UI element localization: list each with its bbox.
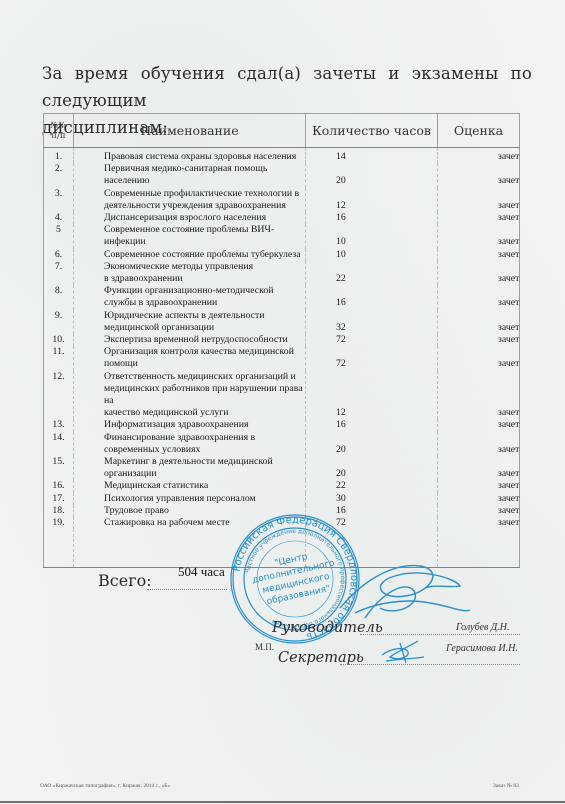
row-number: 8.: [44, 285, 74, 309]
row-number: 15.: [44, 456, 74, 480]
discipline-name: Юридические аспекты в деятельностимедици…: [74, 310, 306, 334]
hours-value: 16: [306, 419, 438, 431]
discipline-name-line: Первичная медико-санитарная помощь насел…: [104, 163, 305, 187]
discipline-name-line: Психология управления персоналом: [104, 493, 305, 505]
table-row: 6.Современное состояние проблемы туберку…: [44, 249, 520, 261]
row-number: 3.: [44, 188, 74, 212]
discipline-name: Организация контроля качества медицинско…: [74, 346, 306, 370]
row-number: 18.: [44, 505, 74, 517]
discipline-name-line: современных условиях: [104, 444, 305, 456]
discipline-name: Финансирование здравоохранения всовремен…: [74, 432, 306, 456]
hours-value: 10: [306, 224, 438, 248]
discipline-name-line: Организация контроля качества медицинско…: [104, 346, 305, 370]
discipline-name: Маркетинг в деятельности медицинской орг…: [74, 456, 306, 480]
row-number: 1.: [44, 148, 74, 164]
table-row: 3.Современные профилактические технологи…: [44, 188, 520, 212]
discipline-name-line: качество медицинской услуги: [104, 407, 305, 419]
row-number: 16.: [44, 480, 74, 492]
table-row: 13.Информатизация здравоохранения16зачет: [44, 419, 520, 431]
table-row: 15.Маркетинг в деятельности медицинской …: [44, 456, 520, 480]
grade-value: зачет: [438, 285, 520, 309]
table-row: 1.Правовая система охраны здоровья насел…: [44, 148, 520, 164]
discipline-name-line: Ответственность медицинских организаций …: [104, 371, 305, 383]
discipline-name: Диспансеризация взрослого населения: [74, 212, 306, 224]
table-row: 14.Финансирование здравоохранения всовре…: [44, 432, 520, 456]
hours-value: 14: [306, 148, 438, 164]
discipline-name-line: медицинской организации: [104, 322, 305, 334]
table-header-row: №№ п/п Наименование Количество часов Оце…: [44, 114, 520, 148]
table-row: 16.Медицинская статистика22зачет: [44, 480, 520, 492]
hours-value: 10: [306, 249, 438, 261]
secretary-line: [340, 664, 520, 665]
footer-rule: [0, 801, 565, 803]
grade-value: зачет: [438, 261, 520, 285]
director-signature: [335, 558, 475, 623]
grade-value: зачет: [438, 493, 520, 505]
table-row: 17.Психология управления персоналом30зач…: [44, 493, 520, 505]
grade-value: зачет: [438, 334, 520, 346]
table-row: 9.Юридические аспекты в деятельностимеди…: [44, 310, 520, 334]
table-row: 7.Экономические методы управленияв здрав…: [44, 261, 520, 285]
grade-value: зачет: [438, 456, 520, 480]
discipline-name-line: Маркетинг в деятельности медицинской орг…: [104, 456, 305, 480]
discipline-name: Правовая система охраны здоровья населен…: [74, 148, 306, 164]
row-number: 10.: [44, 334, 74, 346]
row-number: 11.: [44, 346, 74, 370]
grade-value: зачет: [438, 371, 520, 420]
table-row: 12.Ответственность медицинских организац…: [44, 371, 520, 420]
row-number: 2.: [44, 163, 74, 187]
grade-value: зачет: [438, 148, 520, 164]
discipline-name: Ответственность медицинских организаций …: [74, 371, 306, 420]
grade-value: зачет: [438, 224, 520, 248]
row-number: 5: [44, 224, 74, 248]
grade-value: зачет: [438, 249, 520, 261]
hours-value: 72: [306, 346, 438, 370]
discipline-name: Функции организационно-методическойслужб…: [74, 285, 306, 309]
table-row: 2.Первичная медико-санитарная помощь нас…: [44, 163, 520, 187]
row-number: 12.: [44, 371, 74, 420]
table-row: 5Современное состояние проблемы ВИЧ-инфе…: [44, 224, 520, 248]
discipline-name: Современные профилактические технологии …: [74, 188, 306, 212]
hours-value: 20: [306, 432, 438, 456]
row-number: 14.: [44, 432, 74, 456]
discipline-name: Информатизация здравоохранения: [74, 419, 306, 431]
discipline-name-line: деятельности учреждения здравоохранения: [104, 200, 305, 212]
discipline-name-line: Финансирование здравоохранения в: [104, 432, 305, 444]
discipline-name: Медицинская статистика: [74, 480, 306, 492]
discipline-name-line: Медицинская статистика: [104, 480, 305, 492]
row-number: 6.: [44, 249, 74, 261]
discipline-name-line: Юридические аспекты в деятельности: [104, 310, 305, 322]
header-grade: Оценка: [438, 114, 520, 148]
discipline-name-line: Функции организационно-методической: [104, 285, 305, 297]
table-row: 11.Организация контроля качества медицин…: [44, 346, 520, 370]
discipline-name-line: Современное состояние проблемы ВИЧ-инфек…: [104, 224, 305, 248]
row-number: 13.: [44, 419, 74, 431]
grade-value: зачет: [438, 188, 520, 212]
director-name: Голубев Д.Н.: [456, 622, 509, 633]
order-number: Заказ № 83: [493, 783, 519, 789]
total-label: Всего:: [98, 571, 152, 590]
hours-value: 30: [306, 493, 438, 505]
hours-value: 16: [306, 285, 438, 309]
row-number: 7.: [44, 261, 74, 285]
discipline-name-line: Современные профилактические технологии …: [104, 188, 305, 200]
discipline-name: Первичная медико-санитарная помощь насел…: [74, 163, 306, 187]
grade-value: зачет: [438, 505, 520, 517]
secretary-signature: [378, 637, 428, 665]
grade-value: зачет: [438, 480, 520, 492]
hours-value: 32: [306, 310, 438, 334]
table-row: 8.Функции организационно-методическойслу…: [44, 285, 520, 309]
hours-value: 22: [306, 261, 438, 285]
header-name: Наименование: [74, 114, 306, 148]
table-row: 4.Диспансеризация взрослого населения16з…: [44, 212, 520, 224]
discipline-name-line: в здравоохранении: [104, 273, 305, 285]
table-row: 10.Экспертиза временной нетрудоспособнос…: [44, 334, 520, 346]
hours-value: 12: [306, 188, 438, 212]
discipline-name: Психология управления персоналом: [74, 493, 306, 505]
diploma-supplement-page: За время обучения сдал(а) зачеты и экзам…: [0, 0, 565, 804]
discipline-name: Современное состояние проблемы ВИЧ-инфек…: [74, 224, 306, 248]
row-number: 17.: [44, 493, 74, 505]
hours-value: 20: [306, 456, 438, 480]
printer-info: ОАО «Киржачская типография», г. Киржач, …: [40, 783, 170, 789]
table-body: 1.Правовая система охраны здоровья насел…: [44, 148, 520, 568]
total-underline: [147, 589, 227, 590]
hours-value: 12: [306, 371, 438, 420]
total-value: 504 часа: [178, 564, 225, 580]
discipline-name-line: Экономические методы управления: [104, 261, 305, 273]
discipline-name: Современное состояние проблемы туберкуле…: [74, 249, 306, 261]
discipline-name-line: Экспертиза временной нетрудоспособности: [104, 334, 305, 346]
discipline-name-line: Диспансеризация взрослого населения: [104, 212, 305, 224]
header-number: №№ п/п: [44, 114, 74, 148]
discipline-name-line: Правовая система охраны здоровья населен…: [104, 151, 305, 163]
grade-value: зачет: [438, 432, 520, 456]
director-line: [360, 634, 520, 635]
grade-value: зачет: [438, 310, 520, 334]
row-number: 9.: [44, 310, 74, 334]
grade-value: зачет: [438, 346, 520, 370]
discipline-name-line: Современное состояние проблемы туберкуле…: [104, 249, 305, 261]
grade-value: зачет: [438, 517, 520, 529]
discipline-name: Экспертиза временной нетрудоспособности: [74, 334, 306, 346]
discipline-name-line: медицинских работников при нарушении пра…: [104, 383, 305, 407]
seal-mark: М.П.: [255, 642, 274, 652]
hours-value: 20: [306, 163, 438, 187]
header-hours: Количество часов: [306, 114, 438, 148]
row-number: 4.: [44, 212, 74, 224]
hours-value: 22: [306, 480, 438, 492]
discipline-name-line: Информатизация здравоохранения: [104, 419, 305, 431]
secretary-name: Герасимова И.Н.: [446, 643, 518, 654]
discipline-name: Экономические методы управленияв здравоо…: [74, 261, 306, 285]
row-number: 19.: [44, 517, 74, 529]
discipline-name-line: службы в здравоохранении: [104, 297, 305, 309]
grade-value: зачет: [438, 163, 520, 187]
grade-value: зачет: [438, 212, 520, 224]
disciplines-table: №№ п/п Наименование Количество часов Оце…: [43, 113, 520, 568]
grade-value: зачет: [438, 419, 520, 431]
hours-value: 72: [306, 334, 438, 346]
heading-line-1: За время обучения сдал(а) зачеты и экзам…: [42, 60, 532, 114]
hours-value: 16: [306, 212, 438, 224]
